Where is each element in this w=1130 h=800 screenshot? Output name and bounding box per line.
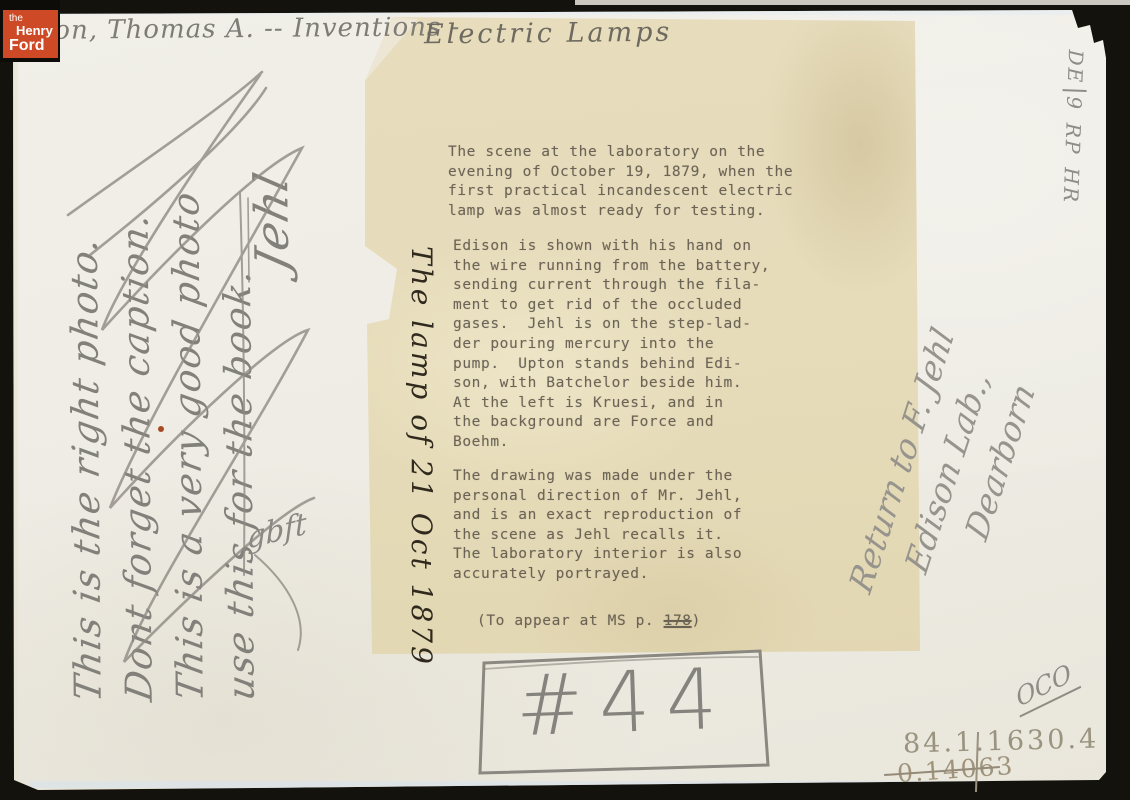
struck-page-number: 178 <box>664 613 692 629</box>
left-note-line: Dont forget the caption. <box>108 71 165 705</box>
typed-paragraph-3: The drawing was made under the personal … <box>453 467 742 585</box>
shelf-mark-rp: RP <box>1060 122 1085 155</box>
ink-date-note: The lamp of 21 Oct 1879 <box>405 246 438 667</box>
shelf-mark-de: DE <box>1063 49 1088 91</box>
catalog-heading: son, Thomas A. -- Inventions - <box>40 12 461 46</box>
logo-word-henry: Henry <box>16 23 53 38</box>
scan-edge-sliver <box>575 0 1130 5</box>
typed-paragraph-2: Edison is shown with his hand on the wir… <box>453 237 770 453</box>
red-ink-dot <box>158 426 164 432</box>
closing-prefix: (To appear at MS p. <box>477 613 664 629</box>
typed-closing-line: (To appear at MS p. 178) <box>477 612 701 632</box>
left-note-line: This is a very good photo <box>159 71 216 705</box>
typed-paragraph-1: The scene at the laboratory on the eveni… <box>448 143 793 221</box>
paper-left-edge <box>13 60 18 780</box>
henry-ford-logo: the Henry Ford <box>3 10 58 58</box>
left-pencil-note: This is the right photo. Dont forget the… <box>57 74 317 701</box>
left-note-line: This is the right photo. <box>57 72 114 706</box>
shelf-mark-hr: HR <box>1059 167 1084 204</box>
tag-number: #44 <box>514 650 734 755</box>
closing-suffix: ) <box>692 613 701 629</box>
jehl-signature: Jehl <box>245 68 298 275</box>
logo-word-ford: Ford <box>9 37 45 55</box>
shelf-mark-9: 9 <box>1062 96 1086 112</box>
scanned-photo-verso: son, Thomas A. -- Inventions - Electric … <box>0 0 1130 800</box>
subject-heading: Electric Lamps <box>424 17 673 51</box>
